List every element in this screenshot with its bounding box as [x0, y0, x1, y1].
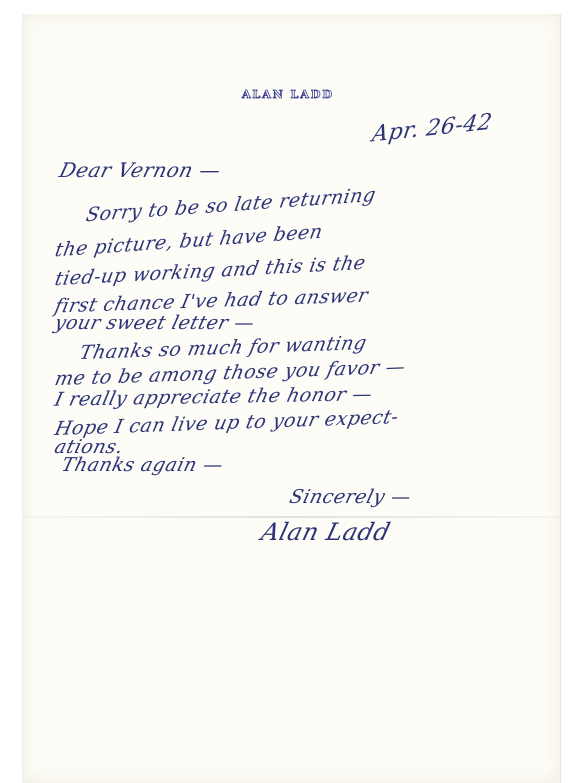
body-line: your sweet letter —	[52, 312, 257, 334]
salutation: Dear Vernon —	[57, 158, 223, 182]
closing: Sincerely —	[287, 486, 413, 508]
letterhead: ALAN LADD	[0, 88, 576, 101]
postscript: Thanks again —	[59, 454, 225, 476]
signature: Alan Ladd	[259, 518, 394, 546]
